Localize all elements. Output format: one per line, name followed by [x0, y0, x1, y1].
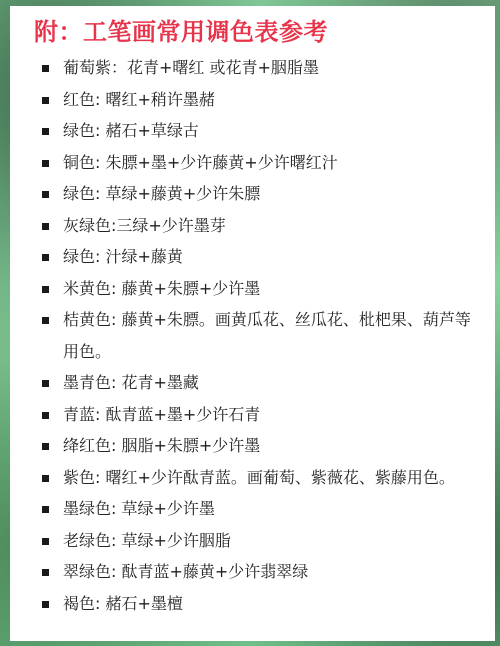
square-bullet-icon: [42, 97, 49, 104]
square-bullet-icon: [42, 160, 49, 167]
list-item-text: 墨绿色: 草绿+少许墨: [63, 499, 215, 518]
square-bullet-icon: [42, 380, 49, 387]
square-bullet-icon: [42, 506, 49, 513]
list-item-text: 绿色: 草绿+藤黄+少许朱膘: [63, 184, 260, 203]
list-item: 桔黄色: 藤黄+朱膘。画黄瓜花、丝瓜花、枇杷果、葫芦等用色。: [10, 304, 495, 367]
list-item-text: 红色: 曙红+稍许墨赭: [63, 90, 215, 109]
list-item-text: 灰绿色:三绿+少许墨芽: [63, 216, 226, 235]
list-item-text: 米黄色: 藤黄+朱膘+少许墨: [63, 279, 260, 298]
list-item: 紫色: 曙红+少许酞青蓝。画葡萄、紫薇花、紫藤用色。: [10, 462, 495, 494]
list-item-text: 葡萄紫：花青+曙红 或花青+胭脂墨: [63, 58, 319, 77]
list-item-text: 褐色: 赭石+墨檀: [63, 594, 183, 613]
list-item-text: 铜色: 朱膘+墨+少许藤黄+少许曙红汁: [63, 153, 338, 172]
list-item-text: 桔黄色: 藤黄+朱膘。画黄瓜花、丝瓜花、枇杷果、葫芦等用色。: [63, 310, 471, 361]
square-bullet-icon: [42, 128, 49, 135]
list-item: 翠绿色: 酞青蓝+藤黄+少许翡翠绿: [10, 556, 495, 588]
list-item-text: 紫色: 曙红+少许酞青蓝。画葡萄、紫薇花、紫藤用色。: [63, 468, 455, 487]
list-item-text: 绿色: 赭石+草绿古: [63, 121, 199, 140]
list-item: 墨绿色: 草绿+少许墨: [10, 493, 495, 525]
list-item: 绿色: 赭石+草绿古: [10, 115, 495, 147]
list-item: 绿色: 汁绿+藤黄: [10, 241, 495, 273]
list-item: 褐色: 赭石+墨檀: [10, 588, 495, 620]
color-mix-list: 葡萄紫：花青+曙红 或花青+胭脂墨 红色: 曙红+稍许墨赭 绿色: 赭石+草绿古…: [10, 52, 495, 619]
list-item-text: 墨青色: 花青+墨藏: [63, 373, 199, 392]
list-item: 老绿色: 草绿+少许胭脂: [10, 525, 495, 557]
list-item: 墨青色: 花青+墨藏: [10, 367, 495, 399]
list-item: 青蓝: 酞青蓝+墨+少许石青: [10, 399, 495, 431]
square-bullet-icon: [42, 569, 49, 576]
list-item: 绿色: 草绿+藤黄+少许朱膘: [10, 178, 495, 210]
list-item: 红色: 曙红+稍许墨赭: [10, 84, 495, 116]
square-bullet-icon: [42, 601, 49, 608]
list-item: 铜色: 朱膘+墨+少许藤黄+少许曙红汁: [10, 147, 495, 179]
content-card: 附：工笔画常用调色表参考 葡萄紫：花青+曙红 或花青+胭脂墨 红色: 曙红+稍许…: [10, 6, 495, 641]
square-bullet-icon: [42, 412, 49, 419]
list-item: 绛红色: 胭脂+朱膘+少许墨: [10, 430, 495, 462]
list-item: 灰绿色:三绿+少许墨芽: [10, 210, 495, 242]
page-title: 附：工笔画常用调色表参考: [34, 14, 328, 50]
square-bullet-icon: [42, 475, 49, 482]
square-bullet-icon: [42, 65, 49, 72]
list-item: 葡萄紫：花青+曙红 或花青+胭脂墨: [10, 52, 495, 84]
list-item-text: 绿色: 汁绿+藤黄: [63, 247, 183, 266]
square-bullet-icon: [42, 443, 49, 450]
square-bullet-icon: [42, 223, 49, 230]
square-bullet-icon: [42, 286, 49, 293]
list-item-text: 老绿色: 草绿+少许胭脂: [63, 531, 231, 550]
list-item: 米黄色: 藤黄+朱膘+少许墨: [10, 273, 495, 305]
square-bullet-icon: [42, 317, 49, 324]
square-bullet-icon: [42, 254, 49, 261]
square-bullet-icon: [42, 538, 49, 545]
list-item-text: 翠绿色: 酞青蓝+藤黄+少许翡翠绿: [63, 562, 308, 581]
list-item-text: 绛红色: 胭脂+朱膘+少许墨: [63, 436, 260, 455]
list-item-text: 青蓝: 酞青蓝+墨+少许石青: [63, 405, 260, 424]
square-bullet-icon: [42, 191, 49, 198]
